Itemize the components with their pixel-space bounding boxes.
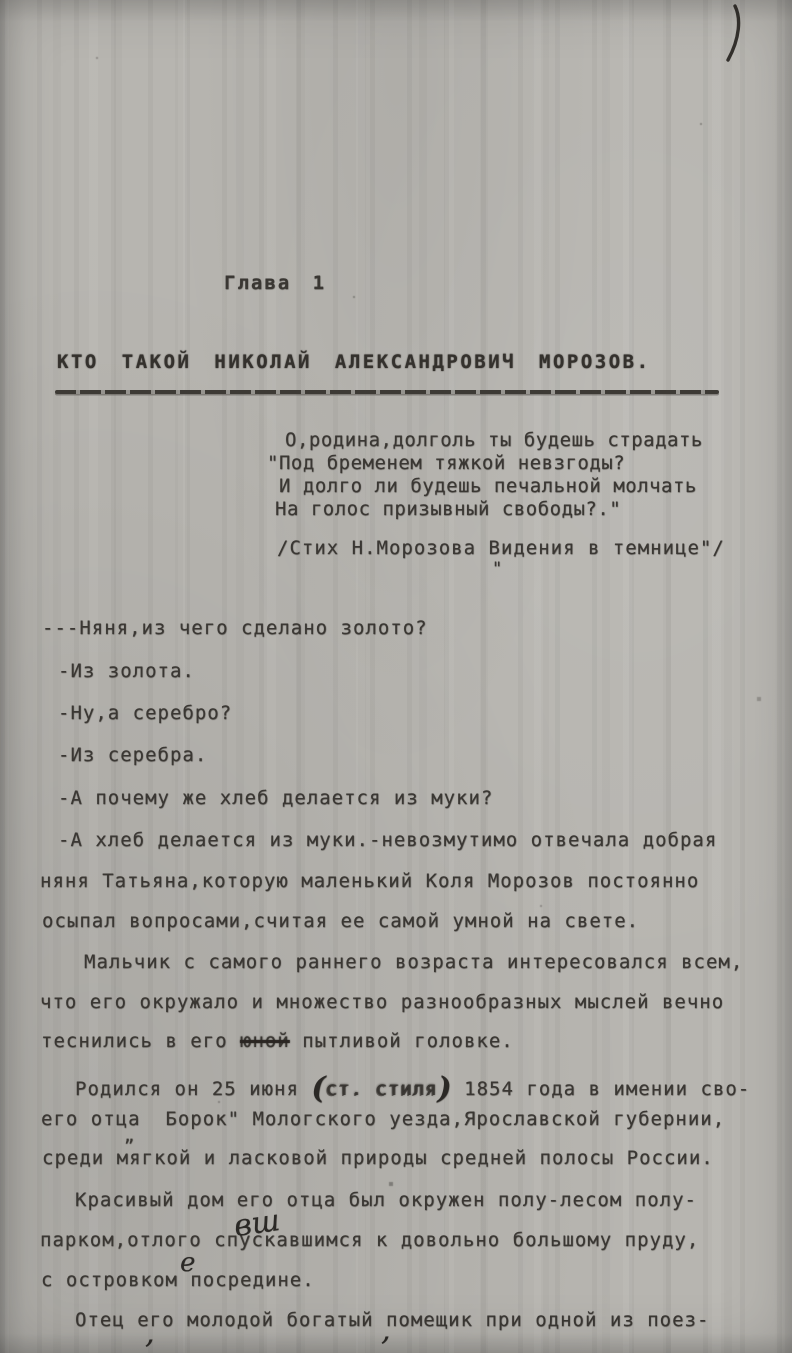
dialogue-line: -Из серебра. [58, 744, 207, 766]
paragraph-text: Родился он 25 июня [75, 1078, 311, 1100]
epigraph-line: И долго ли будешь печальной молчать [279, 475, 697, 497]
strikethrough-word: юной [240, 1030, 290, 1052]
paragraph-line: среди мягкой и ласковой природы средней … [42, 1147, 714, 1169]
paragraph-line: его отца Борок" Мологского уезда,Ярослав… [41, 1108, 725, 1130]
dialogue-line: няня Татьяна,которую маленький Коля Моро… [40, 870, 699, 892]
dialogue-line: -Ну,а серебро? [58, 702, 232, 724]
dialogue-line: -Из золота. [58, 660, 195, 682]
inserted-lower-quote-mark: „ [124, 1126, 135, 1146]
dialogue-line: ---Няня,из чего сделано золото? [42, 617, 428, 639]
inserted-quote-mark: " [492, 559, 503, 579]
epigraph-line: О,родина,долголь ты будешь страдать [285, 429, 703, 451]
typewritten-page-scan: Глава 1 КТО ТАКОЙ НИКОЛАЙ АЛЕКСАНДРОВИЧ … [0, 0, 792, 1353]
epigraph-line: На голос призывный свободы?." [275, 498, 621, 520]
paragraph-text: 1854 года в имении сво- [452, 1078, 751, 1100]
title-underline [55, 390, 719, 394]
dialogue-line: -А хлеб делается из муки.-невозмутимо от… [58, 829, 717, 851]
epigraph-line: "Под бременем тяжкой невзгоды? [267, 452, 625, 474]
paragraph-line: что его окружало и множество разнообразн… [40, 991, 724, 1013]
paper-specks [0, 0, 2, 2]
page-title: КТО ТАКОЙ НИКОЛАЙ АЛЕКСАНДРОВИЧ МОРОЗОВ. [57, 351, 651, 373]
paragraph-text: теснились в его [41, 1030, 240, 1052]
handwritten-paren-open: ( [311, 1071, 325, 1106]
epigraph-attribution: /Стих Н.Морозова Видения в темнице"/ [277, 537, 725, 559]
paragraph-line: Красивый дом его отца был окружен полу-л… [75, 1189, 697, 1211]
paragraph-line: Отец его молодой богатый помещик при одн… [75, 1309, 709, 1331]
paragraph-line: теснились в его юной пытливой головке. [41, 1030, 514, 1052]
overwritten-text: ст. стиля [326, 1078, 438, 1100]
handwritten-correction-vsh: вш [232, 1203, 282, 1244]
handwritten-comma-mark: , [145, 1316, 155, 1351]
handwritten-paren-close: ) [438, 1071, 452, 1106]
paragraph-line: с островком посредине. [41, 1269, 315, 1291]
handwritten-comma-mark: , [381, 1313, 391, 1348]
dialogue-line: -А почему же хлеб делается из муки? [58, 787, 493, 809]
handwritten-correction-e: е [180, 1248, 195, 1278]
paragraph-line: парком,отлого спускавшимся к довольно бо… [40, 1229, 699, 1251]
paragraph-text: пытливой головке. [290, 1030, 514, 1052]
dialogue-line: осыпал вопросами,считая ее самой умной н… [42, 910, 639, 932]
paragraph-line: Мальчик с самого раннего возраста интере… [84, 951, 743, 973]
paragraph-line: Родился он 25 июня (ст. стиля) 1854 года… [75, 1068, 750, 1103]
chapter-heading: Глава 1 [224, 272, 326, 294]
handwritten-pen-stroke-mark [722, 4, 748, 64]
